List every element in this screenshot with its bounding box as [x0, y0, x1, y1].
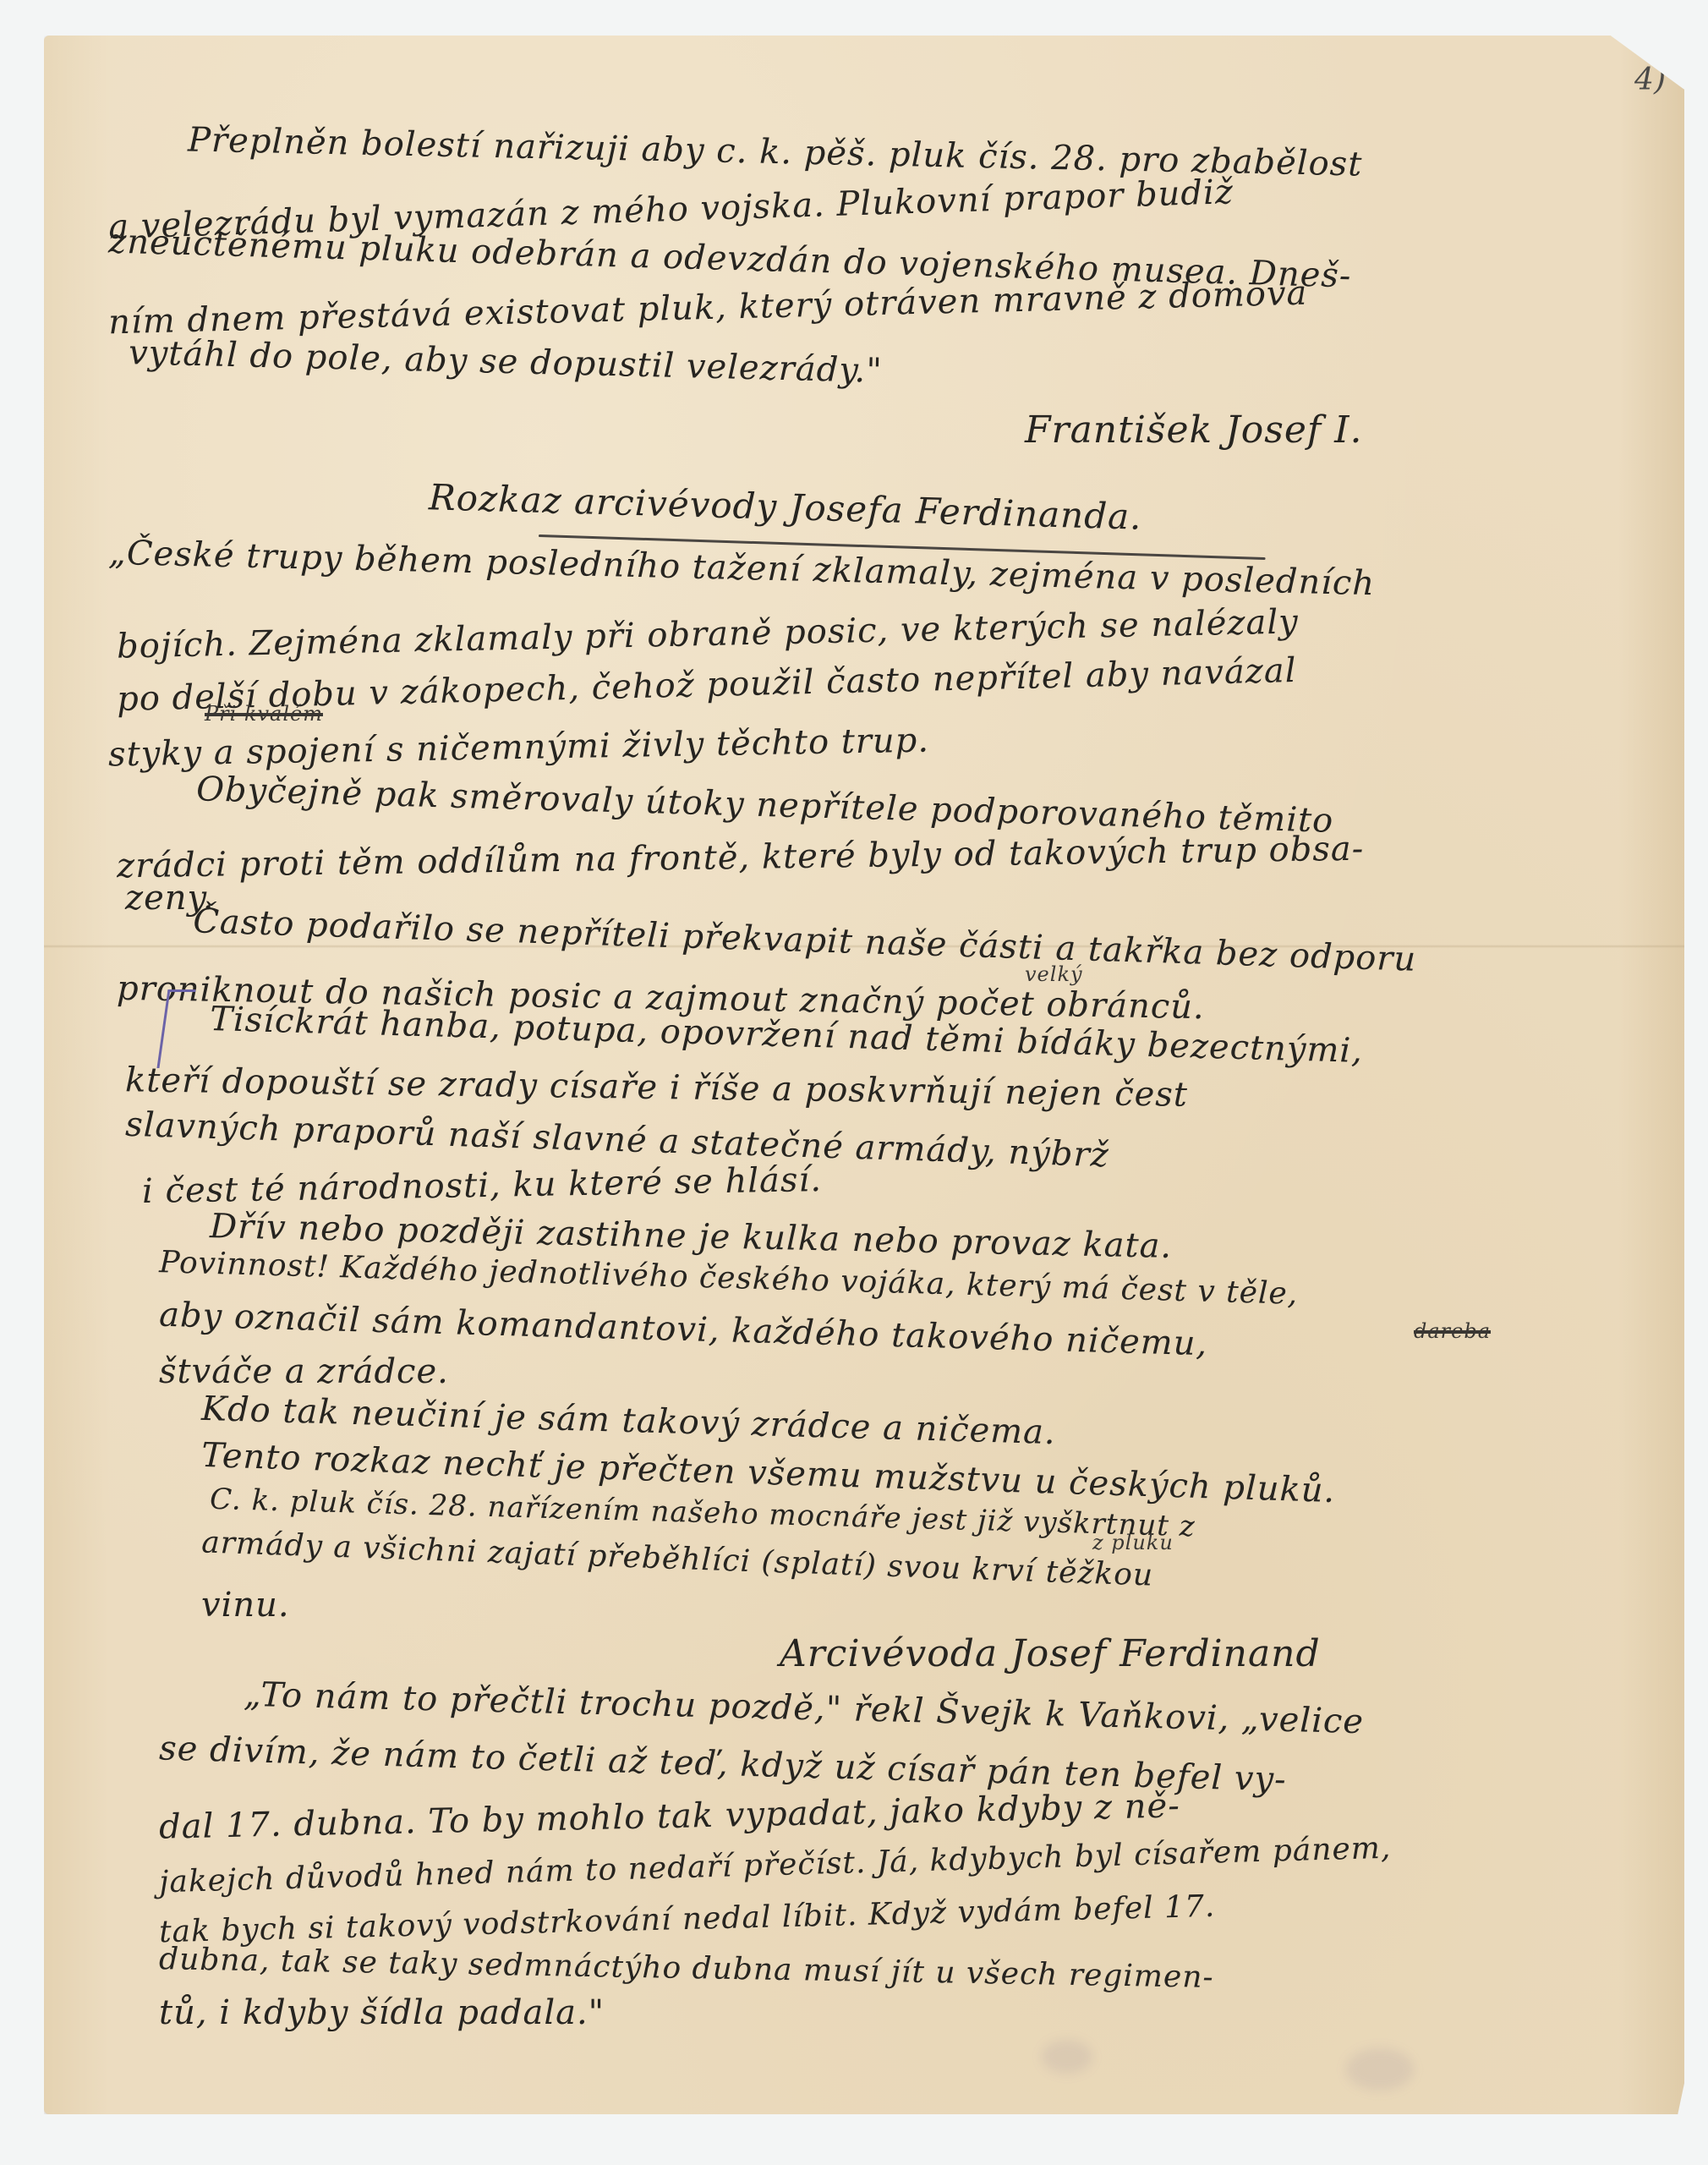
text-line: dal 17. dubna. To by mohlo tak vypadat, … — [159, 1789, 1180, 1844]
signature-josef-ferdinand: Arcivévoda Josef Ferdinand — [780, 1636, 1321, 1673]
text-line: styky a spojení s ničemnými živly těchto… — [108, 724, 930, 772]
signature-frantisek-josef: František Josef I. — [1025, 412, 1363, 449]
text-line: „České trupy během posledního tažení zkl… — [108, 536, 1376, 601]
struck-word: dareba — [1414, 1321, 1491, 1341]
text-line: kteří dopouští se zrady císaře i říše a … — [125, 1063, 1188, 1112]
text-line: tů, i kdyby šídla padala." — [159, 1996, 605, 2030]
text-line: slavných praporů naší slavné a statečné … — [125, 1108, 1110, 1173]
text-line: i čest té národnosti, ku které se hlásí. — [142, 1163, 823, 1209]
page-number: 4) — [1634, 63, 1666, 97]
text-line: vytáhl do pole, aby se dopustil velezrád… — [129, 336, 884, 388]
text-line: ním dnem přestává existovat pluk, který … — [108, 277, 1308, 340]
text-line: dubna, tak se taky sedmnáctýho dubna mus… — [159, 1944, 1214, 1993]
text-line: jakejch důvodů hned nám to nedaří přečís… — [159, 1833, 1392, 1899]
text-line: Obyčejně pak směrovaly útoky nepřítele p… — [196, 772, 1334, 838]
manuscript-page: 4) Přeplněn bolestí nařizuji aby c. k. p… — [44, 36, 1684, 2114]
ink-smudge — [1042, 2040, 1092, 2074]
text-line: Přeplněn bolestí nařizuji aby c. k. pěš.… — [188, 123, 1363, 181]
text-line: štváče a zrádce. — [159, 1355, 449, 1389]
ink-smudge — [1346, 2048, 1414, 2091]
text-line: zrádci proti těm oddílům na frontě, kter… — [117, 832, 1365, 884]
struck-insert: Při kvalém — [205, 704, 323, 724]
text-line: tak bych si takový vodstrkování nedal lí… — [159, 1892, 1216, 1948]
insert-velky: velký — [1025, 964, 1083, 984]
page-heading: Rozkaz arcivévody Josefa Ferdinanda. — [429, 480, 1142, 535]
insert-z-pluku: z pluku — [1092, 1532, 1174, 1553]
text-line: Často podařilo se nepříteli překvapit na… — [193, 904, 1417, 976]
text-line: vinu. — [201, 1588, 290, 1622]
text-line: „To nám to přečtli trochu pozdě," řekl Š… — [244, 1678, 1365, 1739]
